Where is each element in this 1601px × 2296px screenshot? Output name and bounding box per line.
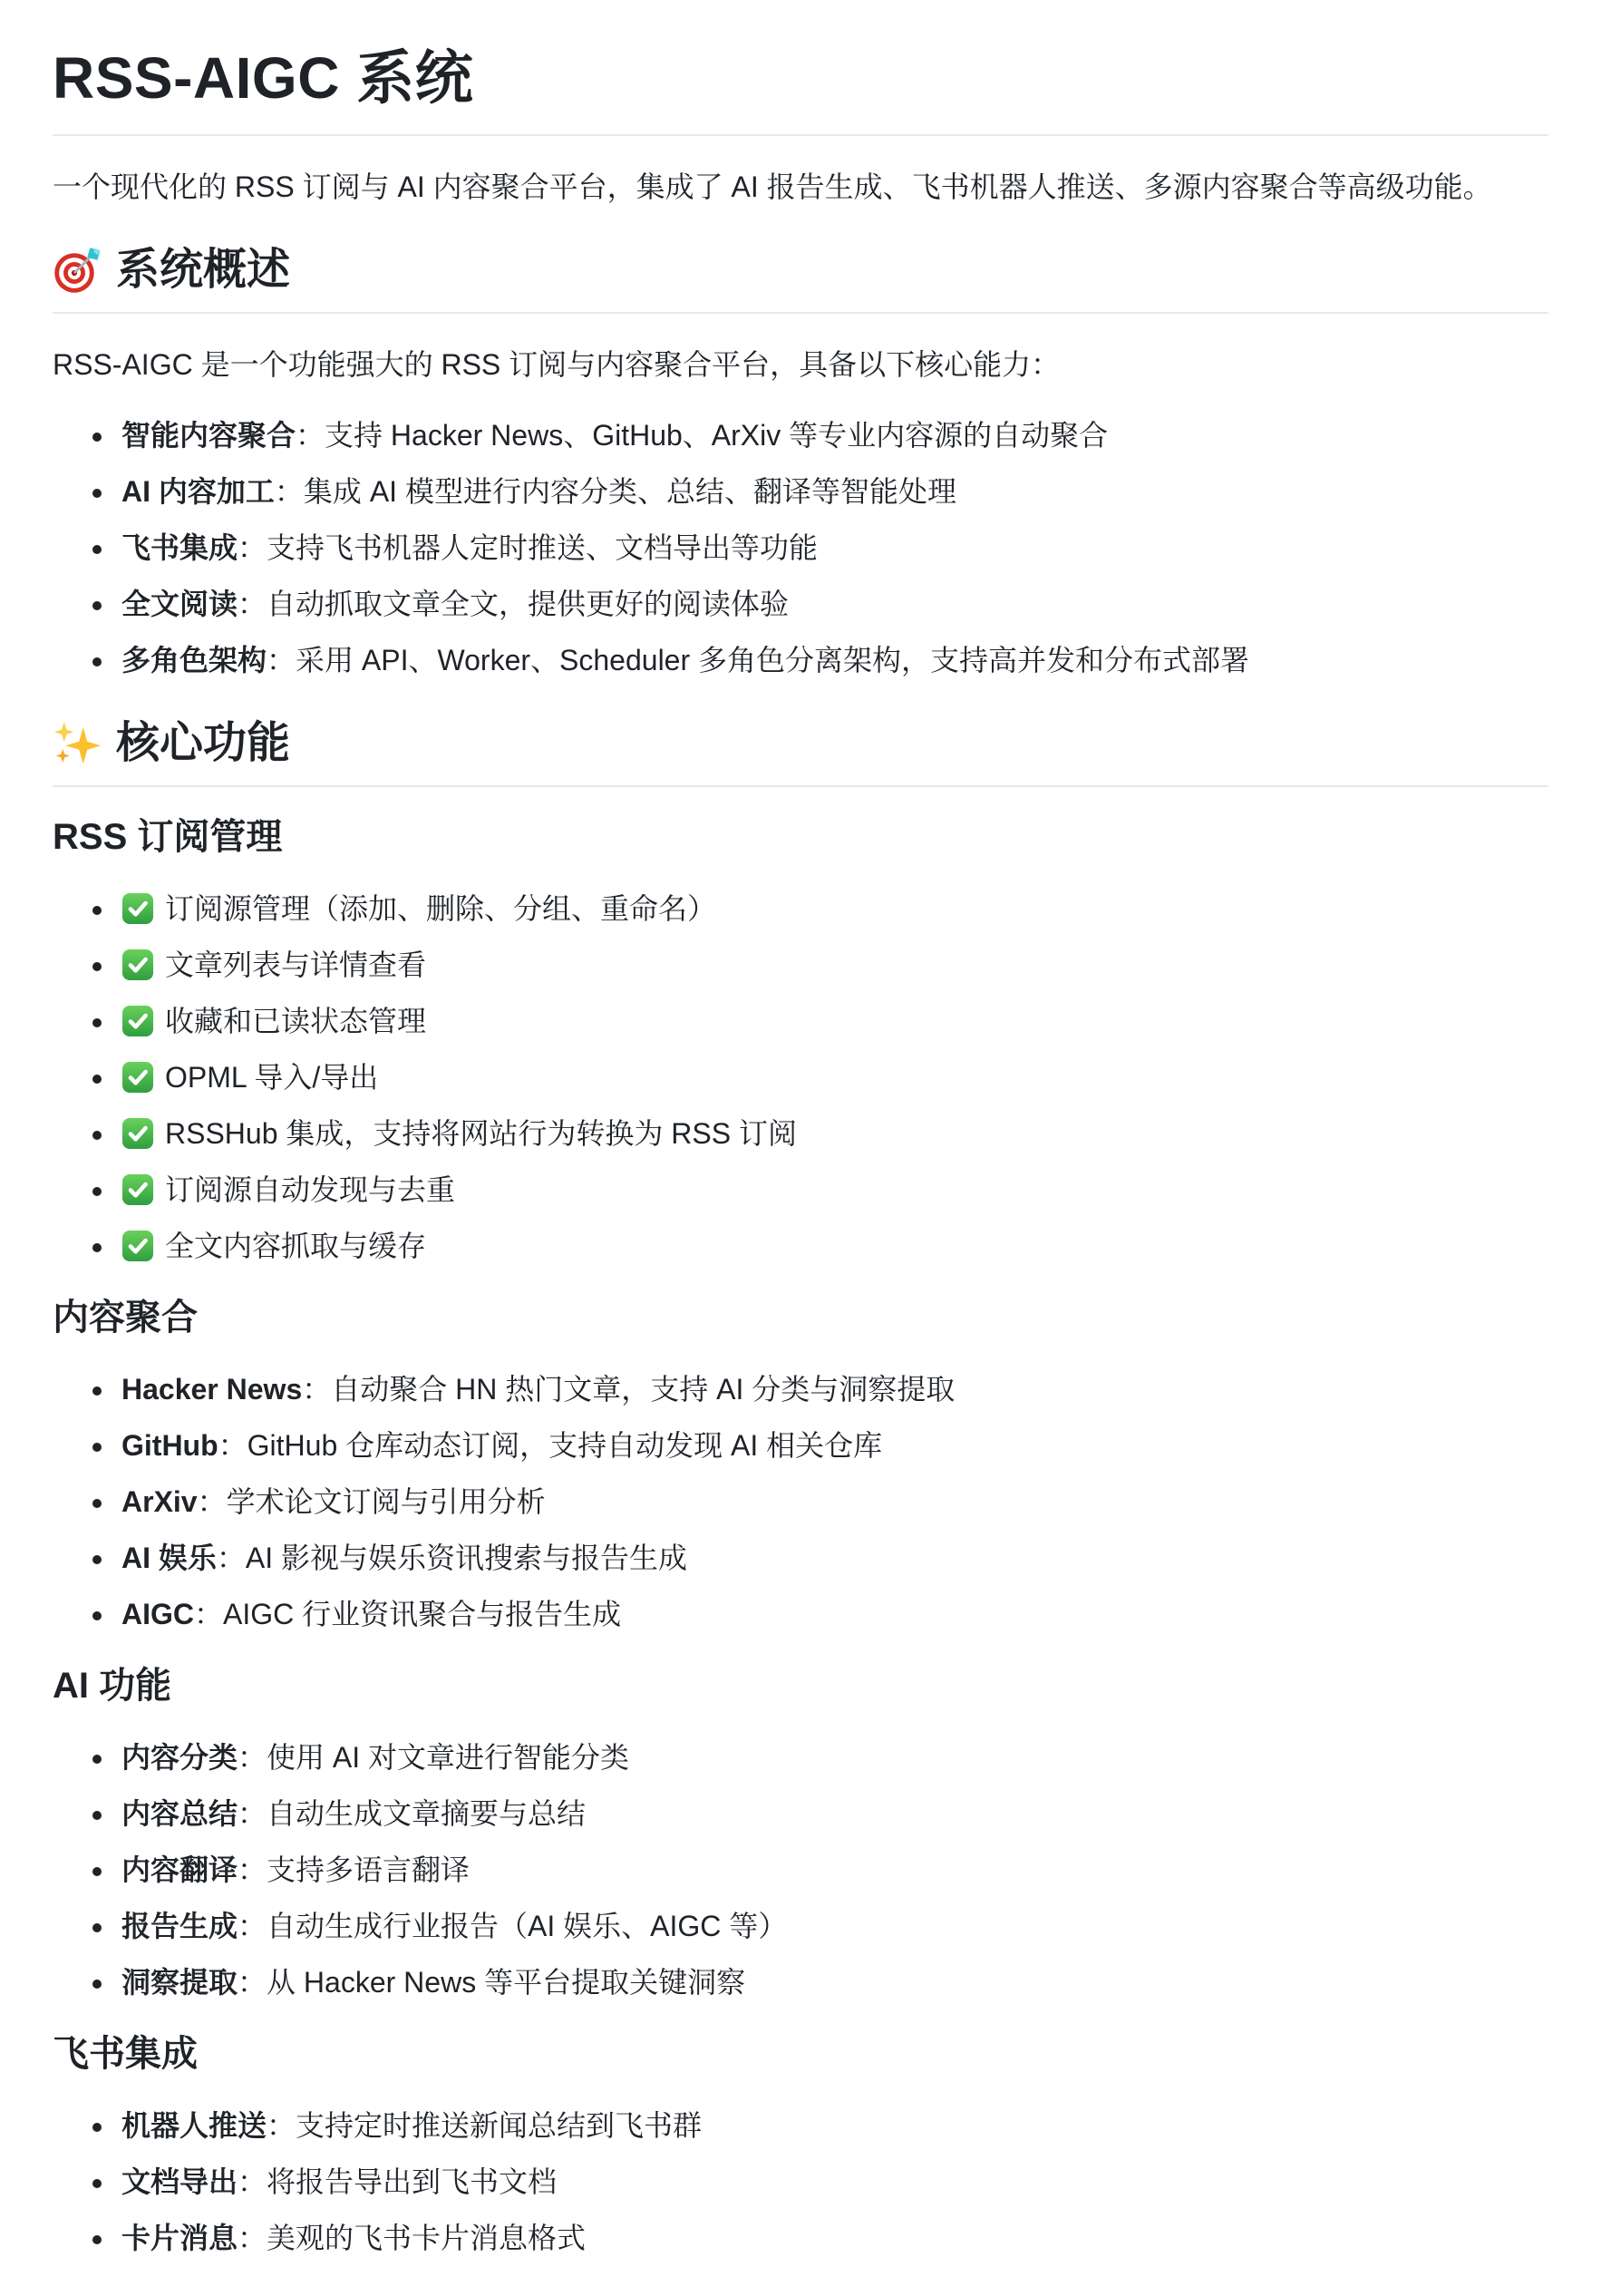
item-label: Hacker News [121,1373,302,1406]
colon-separator: ： [218,1429,247,1462]
item-label: 多角色架构 [121,644,267,676]
capability-list: 智能内容聚合：支持 Hacker News、GitHub、ArXiv 等专业内容… [53,413,1548,682]
list-item: 内容分类：使用 AI 对文章进行智能分类 [116,1736,1548,1779]
item-desc: 自动生成文章摘要与总结 [267,1797,586,1830]
colon-separator: ： [238,588,267,620]
colon-separator: ： [238,2222,267,2254]
section-title: 核心功能 [116,716,290,771]
ai-feature-list: 内容分类：使用 AI 对文章进行智能分类 内容总结：自动生成文章摘要与总结 内容… [53,1736,1548,2004]
list-item: 洞察提取：从 Hacker News 等平台提取关键洞察 [116,1960,1548,2004]
item-desc: 从 Hacker News 等平台提取关键洞察 [267,1966,745,1999]
item-label: 内容总结 [121,1797,238,1830]
checklist-item: 订阅源管理（添加、删除、分组、重命名） [116,887,1548,930]
colon-separator: ： [238,1797,267,1830]
checklist-item: OPML 导入/导出 [116,1056,1548,1099]
item-desc: 自动抓取文章全文，提供更好的阅读体验 [267,588,789,620]
item-label: GitHub [121,1429,218,1462]
check-mark-emoji-icon [121,1173,154,1206]
colon-separator: ： [238,2165,267,2198]
check-mark-emoji-icon [121,949,154,981]
item-label: AIGC [121,1598,194,1630]
colon-separator: ： [275,475,304,508]
checklist-item: 订阅源自动发现与去重 [116,1168,1548,1211]
list-item: 飞书集成：支持飞书机器人定时推送、文档导出等功能 [116,526,1548,569]
item-desc: 自动聚合 HN 热门文章，支持 AI 分类与洞察提取 [331,1373,955,1406]
item-label: 卡片消息 [121,2222,238,2254]
colon-separator: ： [267,644,296,676]
page-title: RSS-AIGC 系统 [53,42,1548,136]
item-label: 智能内容聚合 [121,419,296,452]
item-label: 全文阅读 [121,588,238,620]
colon-separator: ： [238,1910,267,1942]
item-desc: 学术论文订阅与引用分析 [227,1485,546,1518]
item-desc: 支持多语言翻译 [267,1853,470,1886]
list-item: AI 娱乐：AI 影视与娱乐资讯搜索与报告生成 [116,1536,1548,1580]
colon-separator: ： [296,419,325,452]
item-desc: 使用 AI 对文章进行智能分类 [267,1741,629,1774]
item-text: 收藏和已读状态管理 [165,1005,426,1037]
item-desc: 采用 API、Worker、Scheduler 多角色分离架构，支持高并发和分布… [296,644,1249,676]
list-item: 内容翻译：支持多语言翻译 [116,1848,1548,1892]
item-text: RSSHub 集成，支持将网站行为转换为 RSS 订阅 [165,1117,797,1150]
list-item: 全文阅读：自动抓取文章全文，提供更好的阅读体验 [116,582,1548,626]
markdown-document: RSS-AIGC 系统 一个现代化的 RSS 订阅与 AI 内容聚合平台，集成了… [0,0,1601,2296]
aggregation-list: Hacker News：自动聚合 HN 热门文章，支持 AI 分类与洞察提取 G… [53,1367,1548,1636]
item-desc: AI 影视与娱乐资讯搜索与报告生成 [246,1542,687,1574]
target-emoji-icon [53,246,102,295]
colon-separator: ： [198,1485,227,1518]
list-item: ArXiv：学术论文订阅与引用分析 [116,1480,1548,1523]
item-desc: 将报告导出到飞书文档 [267,2165,557,2198]
item-label: 文档导出 [121,2165,238,2198]
list-item: 多角色架构：采用 API、Worker、Scheduler 多角色分离架构，支持… [116,638,1548,682]
item-desc: 集成 AI 模型进行内容分类、总结、翻译等智能处理 [304,475,956,508]
colon-separator: ： [238,1853,267,1886]
section-title: 系统概述 [116,243,290,297]
list-item: 机器人推送：支持定时推送新闻总结到飞书群 [116,2104,1548,2147]
item-desc: 支持定时推送新闻总结到飞书群 [296,2109,702,2142]
colon-separator: ： [217,1542,246,1574]
list-item: 文档导出：将报告导出到飞书文档 [116,2160,1548,2204]
checklist-item: 文章列表与详情查看 [116,943,1548,987]
check-mark-emoji-icon [121,1230,154,1262]
item-desc: GitHub 仓库动态订阅，支持自动发现 AI 相关仓库 [247,1429,883,1462]
item-label: 内容翻译 [121,1853,238,1886]
item-label: AI 娱乐 [121,1542,217,1574]
checklist-item: 全文内容抓取与缓存 [116,1224,1548,1268]
section-heading-core-features: 核心功能 [53,716,1548,787]
item-label: 内容分类 [121,1741,238,1774]
colon-separator: ： [238,531,267,564]
sparkles-emoji-icon [53,719,102,768]
colon-separator: ： [238,1966,267,1999]
colon-separator: ： [267,2109,296,2142]
list-item: 内容总结：自动生成文章摘要与总结 [116,1792,1548,1835]
list-item: Hacker News：自动聚合 HN 热门文章，支持 AI 分类与洞察提取 [116,1367,1548,1411]
item-text: 订阅源自动发现与去重 [165,1173,455,1206]
item-desc: 美观的飞书卡片消息格式 [267,2222,586,2254]
item-label: ArXiv [121,1485,198,1518]
item-label: 飞书集成 [121,531,238,564]
item-desc: 自动生成行业报告（AI 娱乐、AIGC 等） [267,1910,787,1942]
colon-separator: ： [238,1741,267,1774]
intro-paragraph: 一个现代化的 RSS 订阅与 AI 内容聚合平台，集成了 AI 报告生成、飞书机… [53,165,1548,209]
item-label: 报告生成 [121,1910,238,1942]
list-item: 卡片消息：美观的飞书卡片消息格式 [116,2216,1548,2260]
checklist-item: RSSHub 集成，支持将网站行为转换为 RSS 订阅 [116,1112,1548,1155]
subsection-heading-feishu: 飞书集成 [53,2031,1548,2077]
list-item: GitHub：GitHub 仓库动态订阅，支持自动发现 AI 相关仓库 [116,1424,1548,1467]
subsection-heading-rss: RSS 订阅管理 [53,814,1548,860]
item-text: 订阅源管理（添加、删除、分组、重命名） [165,892,716,925]
checklist-item: 收藏和已读状态管理 [116,999,1548,1043]
rss-checklist: 订阅源管理（添加、删除、分组、重命名） 文章列表与详情查看 收藏和已读状态管理 … [53,887,1548,1268]
item-label: AI 内容加工 [121,475,275,508]
check-mark-emoji-icon [121,1117,154,1150]
list-item: AIGC：AIGC 行业资讯聚合与报告生成 [116,1592,1548,1636]
item-label: 机器人推送 [121,2109,267,2142]
section-heading-overview: 系统概述 [53,243,1548,314]
colon-separator: ： [302,1373,331,1406]
check-mark-emoji-icon [121,892,154,925]
list-item: 报告生成：自动生成行业报告（AI 娱乐、AIGC 等） [116,1904,1548,1948]
subsection-heading-ai: AI 功能 [53,1663,1548,1708]
subsection-heading-aggregation: 内容聚合 [53,1295,1548,1340]
item-desc: 支持 Hacker News、GitHub、ArXiv 等专业内容源的自动聚合 [325,419,1108,452]
item-text: 文章列表与详情查看 [165,949,426,981]
item-label: 洞察提取 [121,1966,238,1999]
item-text: 全文内容抓取与缓存 [165,1230,426,1262]
item-text: OPML 导入/导出 [165,1061,378,1094]
item-desc: AIGC 行业资讯聚合与报告生成 [223,1598,621,1630]
check-mark-emoji-icon [121,1061,154,1094]
check-mark-emoji-icon [121,1005,154,1037]
colon-separator: ： [194,1598,223,1630]
list-item: 智能内容聚合：支持 Hacker News、GitHub、ArXiv 等专业内容… [116,413,1548,457]
list-item: AI 内容加工：集成 AI 模型进行内容分类、总结、翻译等智能处理 [116,470,1548,513]
overview-lead: RSS-AIGC 是一个功能强大的 RSS 订阅与内容聚合平台，具备以下核心能力… [53,343,1548,386]
feishu-list: 机器人推送：支持定时推送新闻总结到飞书群 文档导出：将报告导出到飞书文档 卡片消… [53,2104,1548,2260]
item-desc: 支持飞书机器人定时推送、文档导出等功能 [267,531,818,564]
